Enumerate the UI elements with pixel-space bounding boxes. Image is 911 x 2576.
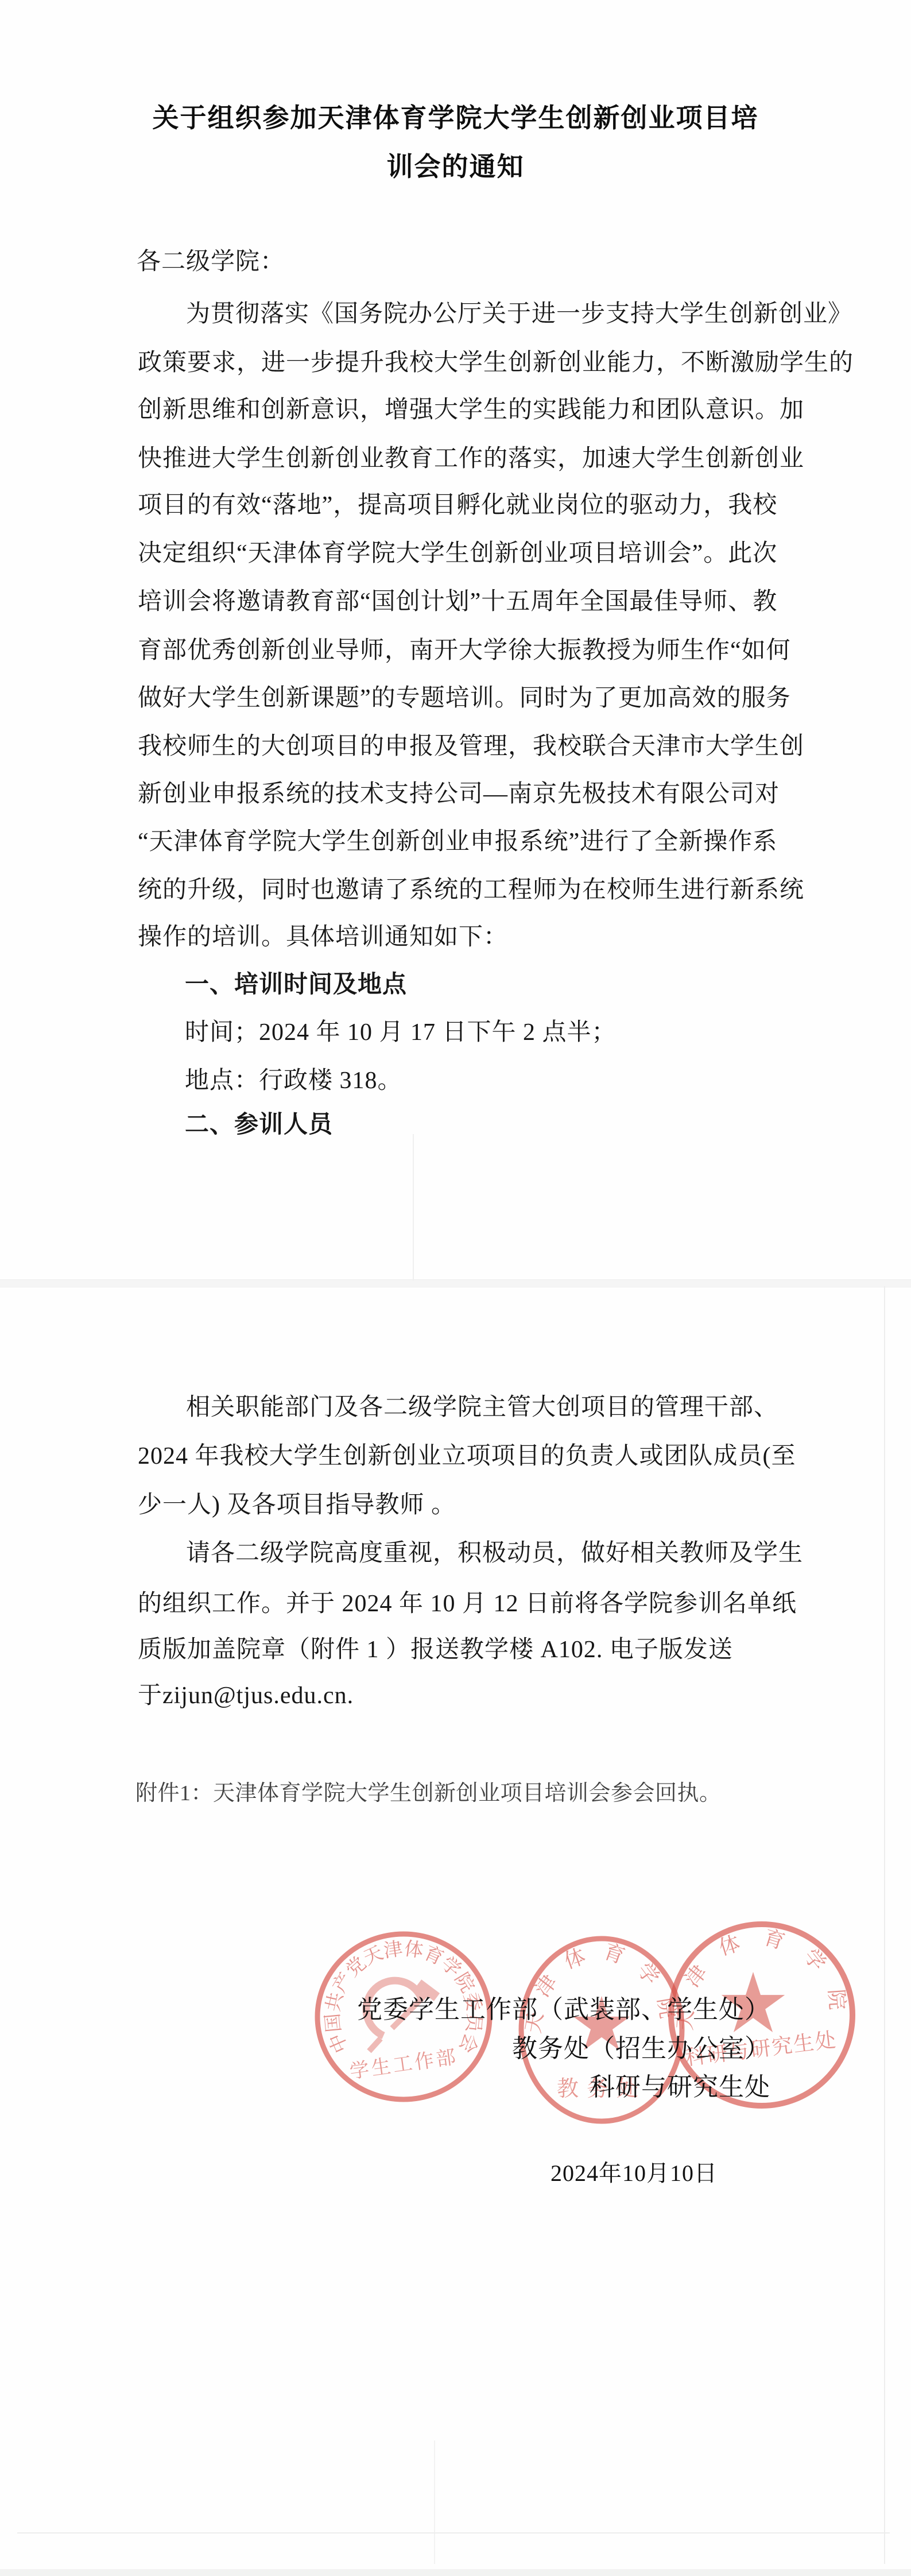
body-line: 质版加盖院章（附件 1 ）报送教学楼 A102. 电子版发送 [138,1633,733,1667]
salutation: 各二级学院： [137,245,285,279]
body-line: 2024 年我校大学生创新创业立项项目的负责人或团队成员(至 [138,1439,796,1473]
body-line: 政策要求，进一步提升我校大学生创新创业能力，不断激励学生的 [138,346,854,380]
body-line: 相关职能部门及各二级学院主管大创项目的管理干部、 [186,1390,778,1425]
body-line: 新创业申报系统的技术支持公司—南京先极技术有限公司对 [138,777,780,811]
body-line: 我校师生的大创项目的申报及管理，我校联合天津市大学生创 [138,729,804,764]
signature-line: 党委学生工作部（武装部、学生处） [357,1993,770,2027]
body-line: 创新思维和创新意识，增强大学生的实践能力和团队意识。加 [138,393,804,427]
body-line: “天津体育学院大学生创新创业申报系统”进行了全新操作系 [138,825,777,859]
signature-line: 科研与研究生处 [590,2070,770,2105]
body-line: 项目的有效“落地”，提高项目孵化就业岗位的驱动力，我校 [138,488,777,523]
body-line: 快推进大学生创新创业教育工作的落实，加速大学生创新创业 [138,442,804,476]
body-line: 少一人) 及各项目指导教师 。 [138,1488,456,1522]
notice-date: 2024年10月10日 [551,2157,718,2190]
attachment-note: 附件1：天津体育学院大学生创新创业项目培训会参会回执。 [135,1777,722,1809]
scan-edge-line [17,2532,890,2534]
scan-edge-line [434,2440,435,2564]
scanned-notice-page: 关于组织参加天津体育学院大学生创新创业项目培 训会的通知 各二级学院： 为贯彻落… [0,0,911,2576]
email-line: 于zijun@tjus.edu.cn. [138,1678,354,1713]
body-line: 育部优秀创新创业导师，南开大学徐大振教授为师生作“如何 [138,633,791,668]
section-heading-2: 二、参训人员 [185,1108,333,1142]
notice-title-line-1: 关于组织参加天津体育学院大学生创新创业项目培 [0,100,911,136]
training-time-line: 时间；2024 年 10 月 17 日下午 2 点半； [185,1015,617,1050]
body-line: 决定组织“天津体育学院大学生创新创业项目培训会”。此次 [138,536,777,571]
notice-title-line-2: 训会的通知 [0,149,911,185]
body-line: 操作的培训。具体培训通知如下： [138,920,508,954]
body-line: 做好大学生创新课题”的专题培训。同时为了更加高效的服务 [138,681,791,715]
body-line: 的组织工作。并于 2024 年 10 月 12 日前将各学院参训名单纸 [138,1587,797,1621]
body-line: 为贯彻落实《国务院办公厅关于进一步支持大学生创新创业》 [186,297,852,331]
page-break-shadow [0,1279,911,1287]
signature-line: 教务处（招生办公室） [512,2032,770,2066]
page-bottom-shadow [0,2569,911,2576]
section-heading-1: 一、培训时间及地点 [185,968,407,1002]
stamp-bottom-text: 学生工作部 [348,2046,459,2083]
body-line: 统的升级，同时也邀请了系统的工程师为在校师生进行新系统 [138,873,804,907]
training-place-line: 地点：行政楼 318。 [185,1063,402,1098]
body-line: 培训会将邀请教育部“国创计划”十五周年全国最佳导师、教 [138,585,777,619]
scan-edge-line [413,1134,414,1281]
body-line: 请各二级学院高度重视，积极动员，做好相关教师及学生 [186,1536,803,1571]
scan-edge-line [884,1286,885,2564]
